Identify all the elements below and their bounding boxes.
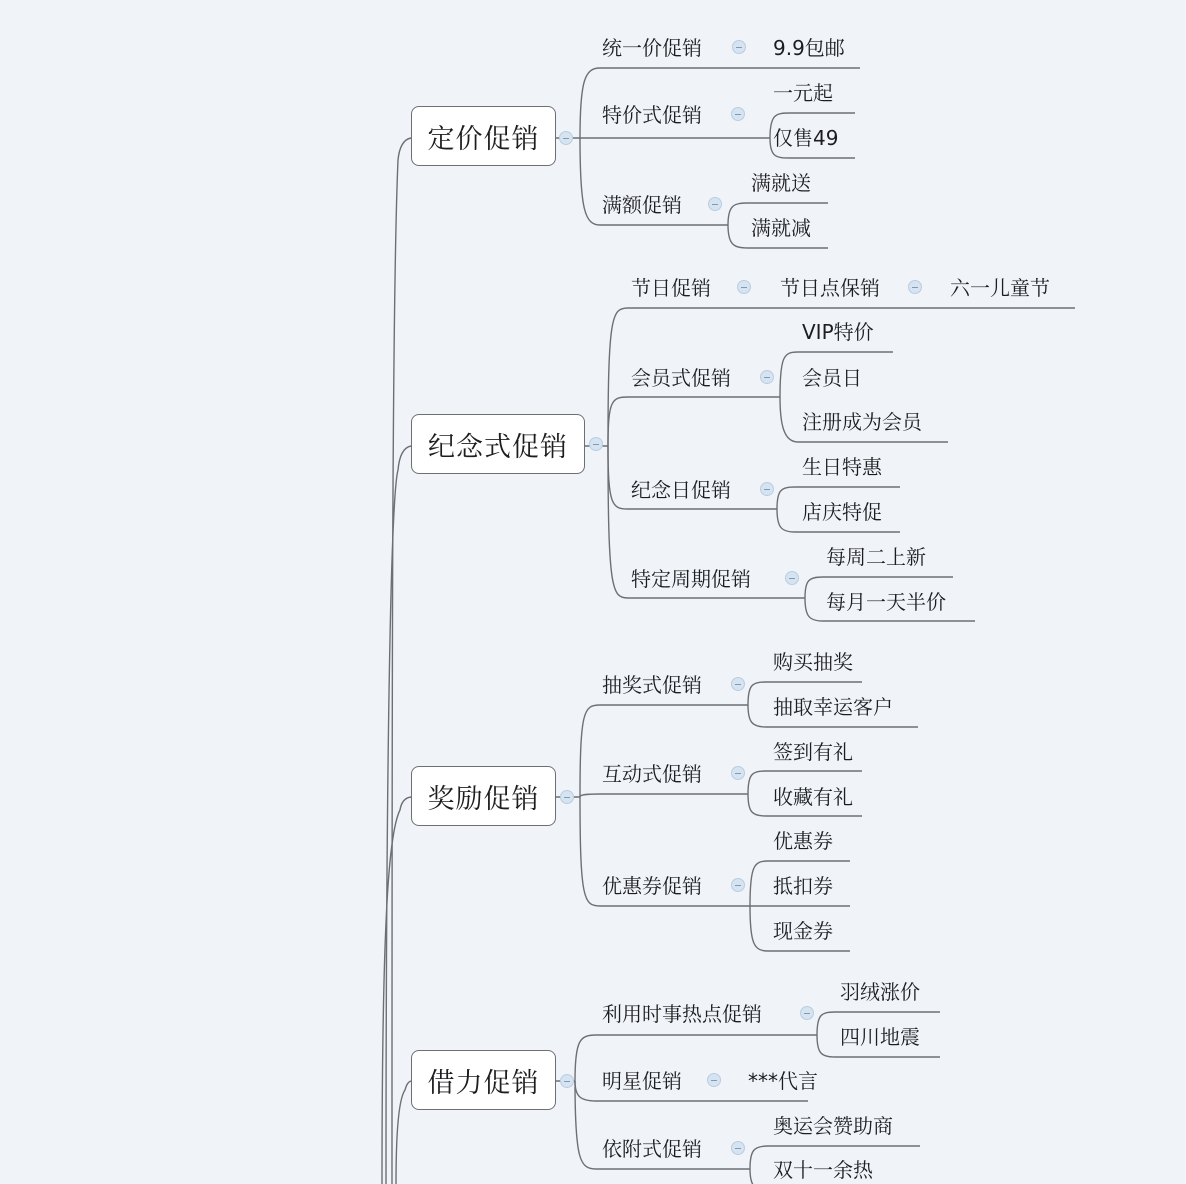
node-lottery-promotion[interactable]: 抽奖式促销 — [602, 673, 702, 697]
collapse-icon[interactable] — [589, 437, 603, 451]
node-leaf[interactable]: 满就送 — [751, 171, 811, 195]
node-leaf[interactable]: 一元起 — [773, 81, 833, 105]
node-coupon-promotion[interactable]: 优惠券促销 — [602, 874, 702, 898]
node-leaf[interactable]: 店庆特促 — [802, 500, 882, 524]
collapse-icon[interactable] — [731, 1141, 745, 1155]
node-interactive-promotion[interactable]: 互动式促销 — [602, 762, 702, 786]
collapse-icon[interactable] — [908, 280, 922, 294]
node-leaf[interactable]: 每周二上新 — [826, 545, 926, 569]
collapse-icon[interactable] — [731, 677, 745, 691]
collapse-icon[interactable] — [731, 107, 745, 121]
node-member-promotion[interactable]: 会员式促销 — [631, 366, 731, 390]
node-leaf[interactable]: 注册成为会员 — [802, 410, 922, 434]
node-leaf[interactable]: 收藏有礼 — [773, 785, 853, 809]
collapse-icon[interactable] — [731, 766, 745, 780]
node-commemorative-promotion[interactable]: 纪念式促销 — [411, 414, 585, 474]
node-uniform-price[interactable]: 统一价促销 — [602, 36, 702, 60]
node-leaf[interactable]: 双十一余热 — [773, 1158, 873, 1182]
collapse-icon[interactable] — [559, 131, 573, 145]
node-leaf[interactable]: 抽取幸运客户 — [773, 695, 893, 719]
node-special-price[interactable]: 特价式促销 — [602, 103, 702, 127]
node-holiday-promotion[interactable]: 节日促销 — [631, 276, 711, 300]
mindmap-canvas: 定价促销 统一价促销 9.9包邮 特价式促销 一元起 仅售49 满额促销 满就送… — [0, 0, 1186, 1184]
node-leaf[interactable]: 签到有礼 — [773, 740, 853, 764]
node-hot-topic-promotion[interactable]: 利用时事热点促销 — [602, 1002, 762, 1026]
collapse-icon[interactable] — [737, 280, 751, 294]
node-leaf[interactable]: 仅售49 — [773, 126, 838, 150]
node-leaf[interactable]: 满就减 — [751, 216, 811, 240]
node-leaf[interactable]: 羽绒涨价 — [840, 980, 920, 1004]
collapse-icon[interactable] — [560, 1074, 574, 1088]
collapse-icon[interactable] — [760, 370, 774, 384]
node-reward-promotion[interactable]: 奖励促销 — [411, 766, 556, 826]
collapse-icon[interactable] — [760, 482, 774, 496]
collapse-icon[interactable] — [731, 878, 745, 892]
node-holiday-point[interactable]: 节日点保销 — [780, 276, 880, 300]
node-threshold-promotion[interactable]: 满额促销 — [602, 193, 682, 217]
connector-lines — [0, 0, 1186, 1184]
collapse-icon[interactable] — [707, 1073, 721, 1087]
node-leaf[interactable]: ***代言 — [748, 1069, 818, 1093]
collapse-icon[interactable] — [785, 571, 799, 585]
node-leaf[interactable]: 会员日 — [802, 366, 862, 390]
node-leaf[interactable]: VIP特价 — [802, 320, 874, 344]
node-leaf[interactable]: 四川地震 — [840, 1025, 920, 1049]
node-pricing-promotion[interactable]: 定价促销 — [411, 106, 556, 166]
node-celebrity-promotion[interactable]: 明星促销 — [602, 1069, 682, 1093]
node-leaf[interactable]: 奥运会赞助商 — [773, 1114, 893, 1138]
node-leaf[interactable]: 每月一天半价 — [826, 590, 946, 614]
collapse-icon[interactable] — [708, 197, 722, 211]
collapse-icon[interactable] — [560, 790, 574, 804]
node-anniversary-promotion[interactable]: 纪念日促销 — [631, 478, 731, 502]
node-leaf[interactable]: 购买抽奖 — [773, 650, 853, 674]
node-leaf[interactable]: 优惠券 — [773, 829, 833, 853]
node-periodic-promotion[interactable]: 特定周期促销 — [631, 567, 751, 591]
collapse-icon[interactable] — [732, 40, 746, 54]
node-leaf[interactable]: 生日特惠 — [802, 455, 882, 479]
node-leaf[interactable]: 9.9包邮 — [773, 36, 845, 60]
node-leaf[interactable]: 抵扣券 — [773, 874, 833, 898]
node-affiliated-promotion[interactable]: 依附式促销 — [602, 1137, 702, 1161]
collapse-icon[interactable] — [800, 1006, 814, 1020]
node-leaf[interactable]: 六一儿童节 — [950, 276, 1050, 300]
node-leaf[interactable]: 现金券 — [773, 919, 833, 943]
node-leverage-promotion[interactable]: 借力促销 — [411, 1050, 556, 1110]
